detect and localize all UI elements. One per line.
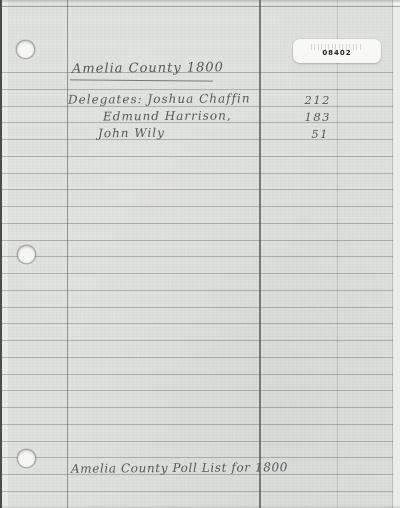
left-margin-line <box>67 0 68 508</box>
rule-line <box>2 424 393 425</box>
rule-line <box>2 340 393 341</box>
punch-hole-top <box>17 41 34 58</box>
delegates-label: Delegates: <box>68 92 143 107</box>
rule-line <box>2 441 393 442</box>
ruled-lines <box>0 0 400 508</box>
delegate-name-3: John Wily <box>98 126 165 141</box>
vote-count-2: 183 <box>279 110 331 124</box>
rule-line <box>2 407 393 408</box>
rule-line <box>2 89 393 90</box>
rule-line <box>2 156 393 157</box>
punch-hole-middle <box>18 246 35 263</box>
rule-line <box>2 273 393 274</box>
vote-count-1: 212 <box>279 93 331 107</box>
page-title: Amelia County 1800 <box>72 60 224 77</box>
scanned-ledger-page: 08402 Amelia County 1800 Delegates: Josh… <box>0 0 400 508</box>
rule-line <box>2 323 393 324</box>
ledger-column-line <box>259 0 261 508</box>
rule-line <box>2 240 393 241</box>
rule-line <box>2 189 393 190</box>
rule-line <box>2 290 393 291</box>
footer-caption: Amelia County Poll List for 1800 <box>71 460 288 476</box>
delegate-name-1: Joshua Chaffin <box>147 91 250 106</box>
rule-line <box>2 223 393 224</box>
delegate-row-1: Delegates: Joshua Chaffin <box>68 91 251 106</box>
rule-line <box>2 139 393 140</box>
rule-line <box>2 374 393 375</box>
rule-line <box>2 457 393 458</box>
punch-hole-bottom <box>18 450 35 467</box>
vote-count-3: 51 <box>277 127 329 141</box>
rule-line <box>2 173 393 174</box>
rule-line <box>2 390 393 391</box>
rule-line <box>2 491 393 492</box>
rule-line <box>2 307 393 308</box>
barcode-sticker: 08402 <box>293 39 381 63</box>
barcode-icon <box>311 44 363 50</box>
delegate-name-2: Edmund Harrison, <box>103 109 232 124</box>
ledger-column-line-faint <box>337 0 338 508</box>
rule-line <box>2 206 393 207</box>
rule-line <box>2 256 393 257</box>
rule-line <box>2 357 393 358</box>
